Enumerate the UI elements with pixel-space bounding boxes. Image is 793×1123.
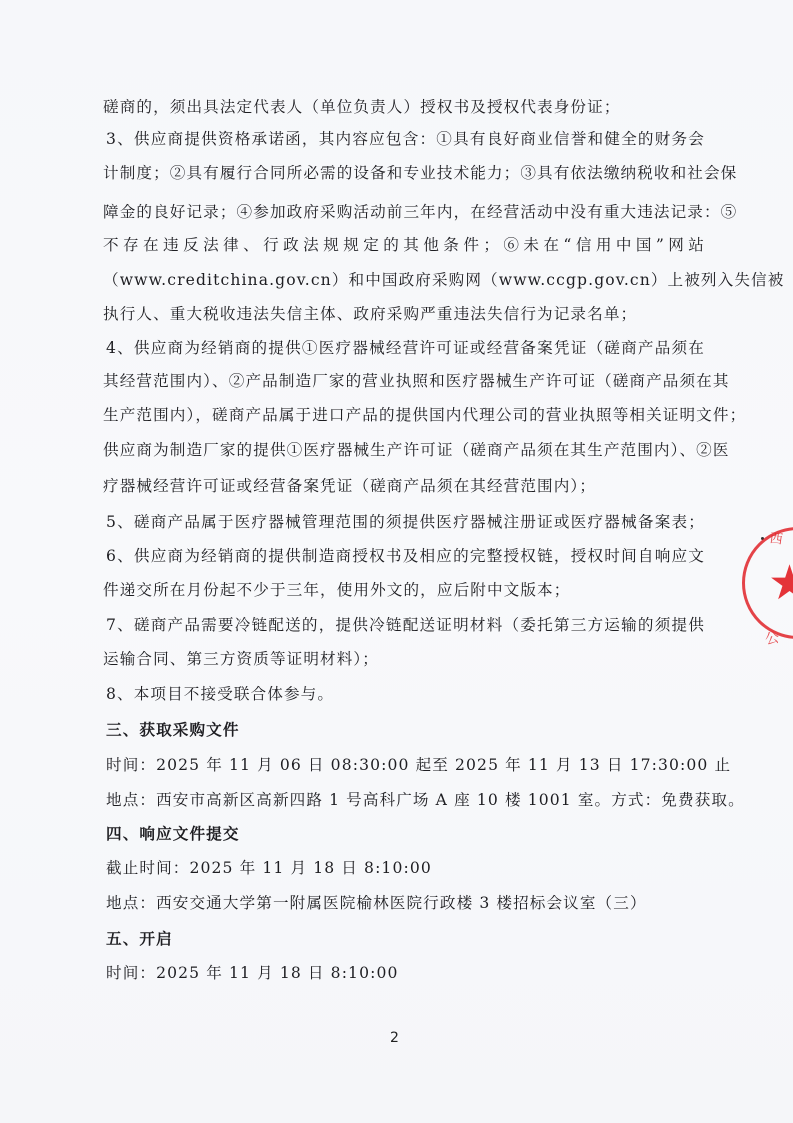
paragraph-line: 地点：西安交通大学第一附属医院榆林医院行政楼 3 楼招标会议室（三）	[106, 893, 705, 913]
section-heading: 四、响应文件提交	[106, 824, 705, 844]
paragraph-line: 8、本项目不接受联合体参与。	[106, 684, 705, 704]
paragraph-line: 时间：2025 年 11 月 06 日 08:30:00 起至 2025 年 1…	[106, 755, 705, 775]
paragraph-line: 磋商的，须出具法定代表人（单位负责人）授权书及授权代表身份证；	[103, 97, 705, 117]
scan-speck	[761, 537, 764, 540]
paragraph-line: 地点：西安市高新区高新四路 1 号高科广场 A 座 10 楼 1001 室。方式…	[106, 790, 705, 810]
paragraph-line: 其经营范围内）、②产品制造厂家的营业执照和医疗器械生产许可证（磋商产品须在其	[103, 371, 705, 391]
paragraph-line: 障金的良好记录；④参加政府采购活动前三年内，在经营活动中没有重大违法记录：⑤	[103, 202, 705, 222]
paragraph-line: 疗器械经营许可证或经营备案凭证（磋商产品须在其经营范围内）；	[103, 476, 705, 496]
seal-star-icon: ★	[768, 562, 793, 604]
paragraph-line: 5、磋商产品属于医疗器械管理范围的须提供医疗器械注册证或医疗器械备案表；	[106, 512, 705, 532]
paragraph-line: （www.creditchina.gov.cn）和中国政府采购网（www.ccg…	[103, 270, 705, 290]
paragraph-line: 时间：2025 年 11 月 18 日 8:10:00	[106, 963, 705, 983]
paragraph-line: 不存在违反法律、行政法规规定的其他条件；⑥未在“信用中国”网站	[103, 235, 705, 255]
seal-text-bottom: 公	[763, 627, 780, 649]
paragraph-line: 截止时间：2025 年 11 月 18 日 8:10:00	[106, 858, 705, 878]
paragraph-line: 计制度；②具有履行合同所必需的设备和专业技术能力；③具有依法缴纳税收和社会保	[103, 163, 705, 183]
paragraph-line: 4、供应商为经销商的提供①医疗器械经营许可证或经营备案凭证（磋商产品须在	[106, 338, 705, 358]
page-number: 2	[390, 1030, 399, 1046]
paragraph-line: 生产范围内），磋商产品属于进口产品的提供国内代理公司的营业执照等相关证明文件；	[103, 405, 705, 425]
document-page: 磋商的，须出具法定代表人（单位负责人）授权书及授权代表身份证；3、供应商提供资格…	[0, 0, 793, 1123]
section-heading: 三、获取采购文件	[106, 720, 705, 740]
paragraph-line: 6、供应商为经销商的提供制造商授权书及相应的完整授权链，授权时间自响应文	[106, 546, 705, 566]
paragraph-line: 件递交所在月份起不少于三年，使用外文的，应后附中文版本；	[103, 580, 705, 600]
paragraph-line: 执行人、重大税收违法失信主体、政府采购严重违法失信行为记录名单；	[103, 304, 705, 324]
seal-ring	[742, 527, 793, 639]
paragraph-line: 7、磋商产品需要冷链配送的，提供冷链配送证明材料（委托第三方运输的须提供	[106, 615, 705, 635]
section-heading: 五、开启	[106, 929, 705, 949]
paragraph-line: 供应商为制造厂家的提供①医疗器械生产许可证（磋商产品须在其生产范围内）、②医	[103, 440, 705, 460]
paragraph-line: 运输合同、第三方资质等证明材料）；	[103, 649, 705, 669]
paragraph-line: 3、供应商提供资格承诺函，其内容应包含：①具有良好商业信誉和健全的财务会	[106, 129, 705, 149]
seal-text-top: 西	[769, 527, 785, 548]
